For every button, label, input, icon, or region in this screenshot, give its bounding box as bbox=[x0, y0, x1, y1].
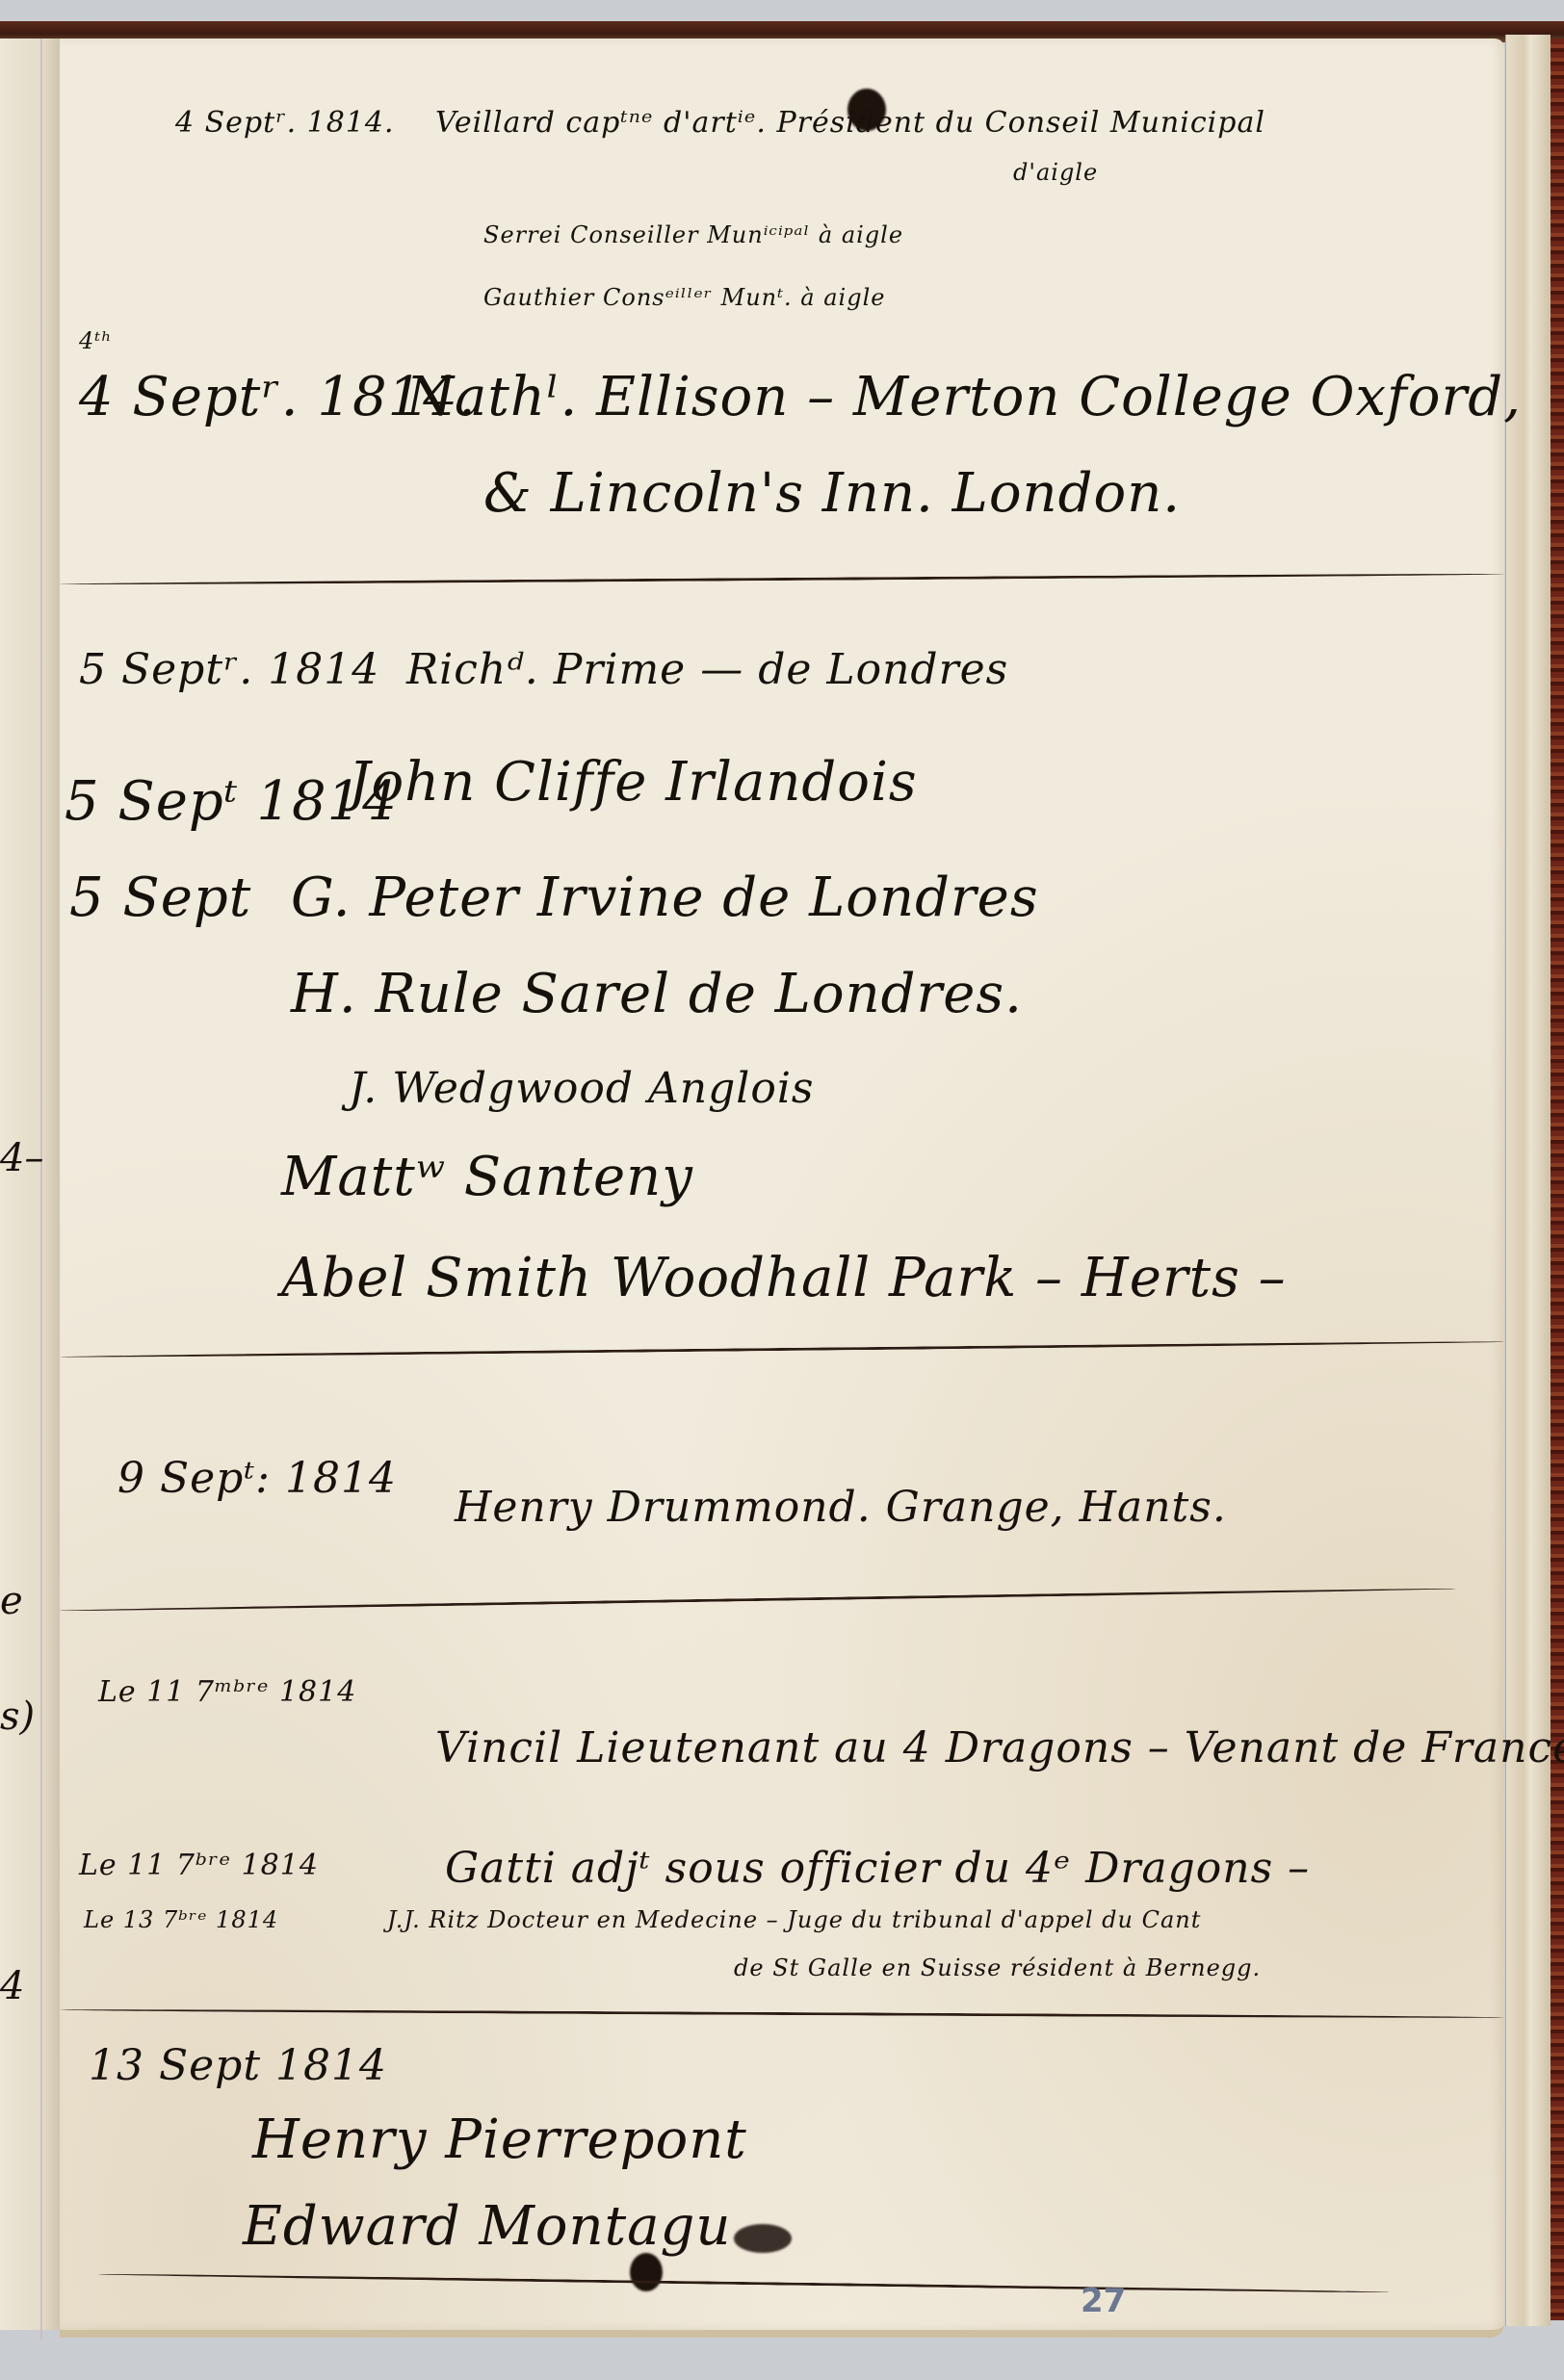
entry-divider bbox=[98, 2273, 1389, 2294]
entry-divider bbox=[60, 573, 1504, 585]
entry-line: de St Galle en Suisse résident à Bernegg… bbox=[734, 1954, 1261, 1981]
entry-line: Mattʷ Santeny bbox=[281, 1146, 693, 1208]
entry-line: J.J. Ritz Docteur en Medecine – Juge du … bbox=[387, 1906, 1201, 1933]
facing-page-fragment: s) bbox=[0, 1694, 39, 1739]
entry-line: Henry Pierrepont bbox=[252, 2108, 747, 2171]
entry-line: Gauthier Consᵉⁱˡˡᵉʳ Munᵗ. à aigle bbox=[483, 284, 885, 311]
ink-blot bbox=[734, 2224, 792, 2253]
entry-line: H. Rule Sarel de Londres. bbox=[291, 963, 1023, 1025]
entry-line: Edward Montagu bbox=[243, 2195, 731, 2258]
entry-line: & Lincoln's Inn. London. bbox=[483, 462, 1181, 525]
facing-page-fragment: 4 bbox=[0, 1964, 39, 2008]
facing-page-fragment: e bbox=[0, 1579, 39, 1623]
entry-line: Serrei Conseiller Munⁱᶜⁱᵖᵃˡ à aigle bbox=[483, 221, 903, 248]
entry-divider bbox=[60, 2008, 1504, 2019]
page-number: 27 bbox=[1081, 2282, 1126, 2320]
entry-date: 13 Sept 1814 bbox=[89, 2041, 387, 2090]
entry-date: Le 11 7ᵇʳᵉ 1814 bbox=[79, 1849, 319, 1882]
entry-line: Richᵈ. Prime — de Londres bbox=[406, 645, 1008, 694]
entry-line: Gatti adjᵗ sous officier du 4ᵉ Dragons – bbox=[445, 1844, 1310, 1893]
entry-line: Henry Drummond. Grange, Hants. bbox=[455, 1483, 1227, 1532]
entry-date: Le 11 7ᵐᵇʳᵉ 1814 bbox=[98, 1675, 356, 1709]
entry-date: 5 Sept bbox=[69, 867, 251, 929]
entry-date: 9 Sepᵗ: 1814 bbox=[117, 1454, 397, 1503]
ink-blot bbox=[630, 2253, 663, 2291]
entry-line: Nathˡ. Ellison – Merton College Oxford, bbox=[406, 366, 1522, 428]
entry-divider bbox=[60, 1340, 1504, 1358]
entry-date: 5 Septʳ. 1814 bbox=[79, 645, 379, 694]
entry-date-note: 4ᵗʰ bbox=[79, 327, 113, 354]
entry-line: Abel Smith Woodhall Park – Herts – bbox=[281, 1247, 1287, 1309]
facing-page-fragment: 4– bbox=[0, 1136, 39, 1180]
register-page: 4 Septʳ. 1814. Veillard capᵗⁿᵉ d'artⁱᵉ. … bbox=[60, 39, 1504, 2338]
entry-line: Veillard capᵗⁿᵉ d'artⁱᵉ. Président du Co… bbox=[435, 106, 1265, 140]
gutter-line bbox=[40, 39, 42, 2340]
entry-date: 4 Septʳ. 1814. bbox=[175, 106, 395, 140]
entry-line: G. Peter Irvine de Londres bbox=[291, 867, 1039, 929]
entry-line: J. Wedgwood Anglois bbox=[349, 1064, 815, 1113]
entry-divider bbox=[60, 1588, 1456, 1613]
entry-date: Le 13 7ᵇʳᵉ 1814 bbox=[84, 1906, 278, 1933]
entry-line: Vincil Lieutenant au 4 Dragons – Venant … bbox=[435, 1723, 1564, 1772]
entry-line: John Cliffe Irlandois bbox=[349, 751, 918, 814]
book-binding-right bbox=[1551, 39, 1564, 2320]
entry-line: d'aigle bbox=[1013, 159, 1098, 186]
